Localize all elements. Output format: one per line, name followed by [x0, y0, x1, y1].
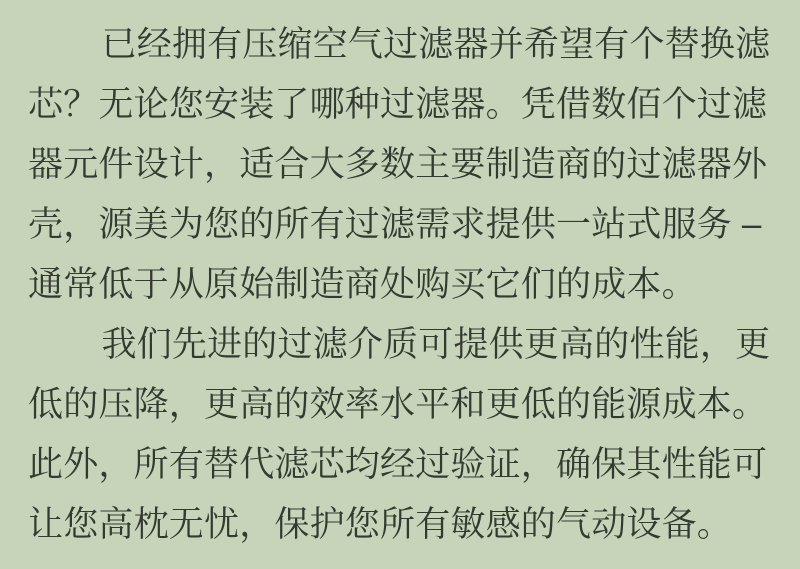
text-line: 通常低于从原始制造商处购买它们的成本。 [28, 255, 774, 315]
text-line: 低的压降，更高的效率水平和更低的能源成本。 [28, 375, 774, 435]
text-line: 器元件设计，适合大多数主要制造商的过滤器外 [28, 135, 774, 195]
text-line: 芯？无论您安装了哪种过滤器。凭借数佰个过滤 [28, 75, 774, 135]
text-line: 壳，源美为您的所有过滤需求提供一站式服务 – [28, 195, 774, 255]
document-text-block: 已经拥有压缩空气过滤器并希望有个替换滤 芯？无论您安装了哪种过滤器。凭借数佰个过… [0, 0, 800, 569]
text-line: 让您高枕无忧，保护您所有敏感的气动设备。 [28, 495, 774, 555]
page-background: { "page": { "background_color": "#c8d4ba… [0, 0, 800, 569]
text-line: 已经拥有压缩空气过滤器并希望有个替换滤 [28, 15, 774, 75]
text-line: 此外，所有替代滤芯均经过验证，确保其性能可 [28, 435, 774, 495]
text-line: 我们先进的过滤介质可提供更高的性能，更 [28, 315, 774, 375]
